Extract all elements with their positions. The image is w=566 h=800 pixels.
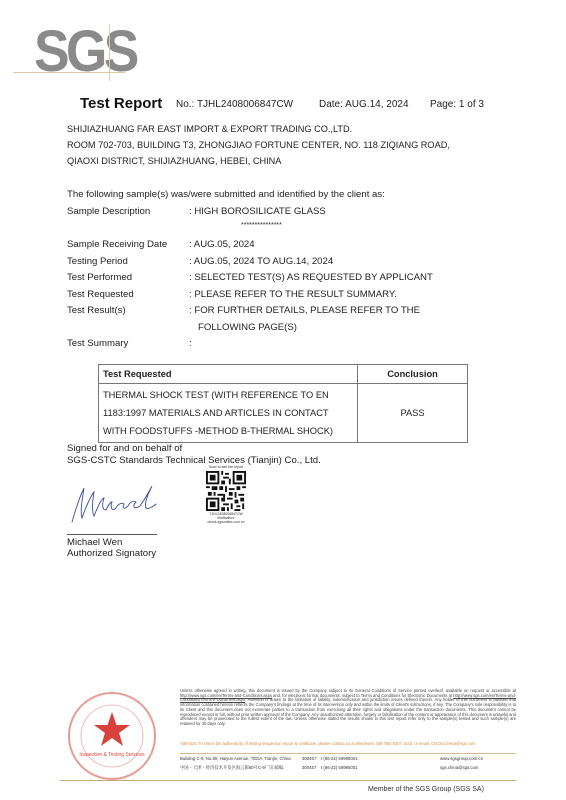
legal-disclaimer: Unless otherwise agreed in writing, this… [180,689,516,727]
phone: t (86-22) 59995001 [321,756,358,761]
footer-bottom-rule [60,780,516,781]
table-row: THERMAL SHOCK TEST (WITH REFERENCE TO EN… [99,384,468,443]
column-header-test-requested: Test Requested [99,365,358,384]
field-value-test-results: : FOR FURTHER DETAILS, PLEASE REFER TO T… [189,305,420,316]
test-line: 1183:1997 MATERIALS AND ARTICLES IN CONT… [103,404,353,422]
column-header-conclusion: Conclusion [358,365,468,384]
field-value-test-requested: : PLEASE REFER TO THE RESULT SUMMARY. [189,289,397,300]
member-statement: Member of the SGS Group (SGS SA) [368,786,484,793]
field-label-receiving-date: Sample Receiving Date [67,239,167,250]
report-title: Test Report [80,95,162,112]
authenticity-notice: Attention: To check the authenticity of … [180,742,516,747]
footer-divider [180,753,516,754]
separator-asterisks: *************** [241,222,282,229]
postcode-cn: 300457 [302,765,316,770]
logo-vertical-rule [109,25,110,81]
disclaimer-text: . Attention is drawn to the limitation o… [180,697,516,726]
company-seal-icon: Inspection & Testing Services [66,690,158,782]
field-label-test-summary: Test Summary [67,338,128,349]
test-requested-cell: THERMAL SHOCK TEST (WITH REFERENCE TO EN… [99,384,358,443]
field-label-test-results: Test Result(s) [67,305,126,316]
test-line: THERMAL SHOCK TEST (WITH REFERENCE TO EN [103,386,353,404]
seal-text: Inspection & Testing Services [79,752,145,758]
field-label-testing-period: Testing Period [67,256,128,267]
field-value-testing-period: : AUG.05, 2024 TO AUG.14, 2024 [189,256,333,267]
page-indicator: Page: 1 of 3 [430,99,484,110]
intro-text: The following sample(s) was/were submitt… [67,189,385,200]
test-line: WITH FOODSTUFFS -METHOD B-THERMAL SHOCK) [103,422,353,440]
postcode: 300457 [302,756,316,761]
phone-cn: t (86-22) 59995001 [321,765,358,770]
website-link[interactable]: www.sgsgroup.com.cn [440,756,483,761]
client-address-line2: QIAOXI DISTRICT, SHIJIAZHUANG, HEBEI, CH… [67,156,281,166]
table-header-row: Test Requested Conclusion [99,365,468,384]
signatory-title: Authorized Signatory [67,548,156,559]
signatory-name: Michael Wen [67,537,122,548]
signed-for-text: Signed for and on behalf of [67,443,182,454]
field-label-test-requested: Test Requested [67,289,134,300]
signing-company: SGS-CSTC Standards Technical Services (T… [67,455,321,466]
email-link[interactable]: sgs.china@sgs.com [440,765,479,770]
address-chinese: 中国・天津・经济技术开发区海云街80号C-9厂房 邮编: [180,765,284,771]
address-english: Building C-9, No.80, Haiyun Avenue, TEDA… [180,756,291,761]
field-label-sample-description: Sample Description [67,206,150,217]
qr-code-icon[interactable] [206,471,246,511]
field-value-receiving-date: : AUG.05, 2024 [189,239,255,250]
field-label-test-performed: Test Performed [67,272,132,283]
report-date: Date: AUG.14, 2024 [319,99,409,110]
sgs-logo: SGS [34,22,136,82]
field-value-test-performed: : SELECTED TEST(S) AS REQUESTED BY APPLI… [189,272,433,283]
qr-verification-site: check.sgsonline.com.cn [196,520,256,524]
conclusion-cell: PASS [358,384,468,443]
client-name: SHIJIAZHUANG FAR EAST IMPORT & EXPORT TR… [67,124,352,134]
report-number: No.: TJHL2408006847CW [176,99,293,110]
field-value-test-results-cont: FOLLOWING PAGE(S) [198,322,297,333]
signature-line [67,534,157,535]
field-value-sample-description: : HIGH BOROSILICATE GLASS [189,206,326,217]
signature-image [68,478,158,528]
client-address-line1: ROOM 702-703, BUILDING T3, ZHONGJIAO FOR… [67,140,450,150]
test-summary-table: Test Requested Conclusion THERMAL SHOCK … [98,364,468,443]
field-value-test-summary: : [189,338,192,349]
qr-caption-top: Scan to see the report [196,465,256,469]
